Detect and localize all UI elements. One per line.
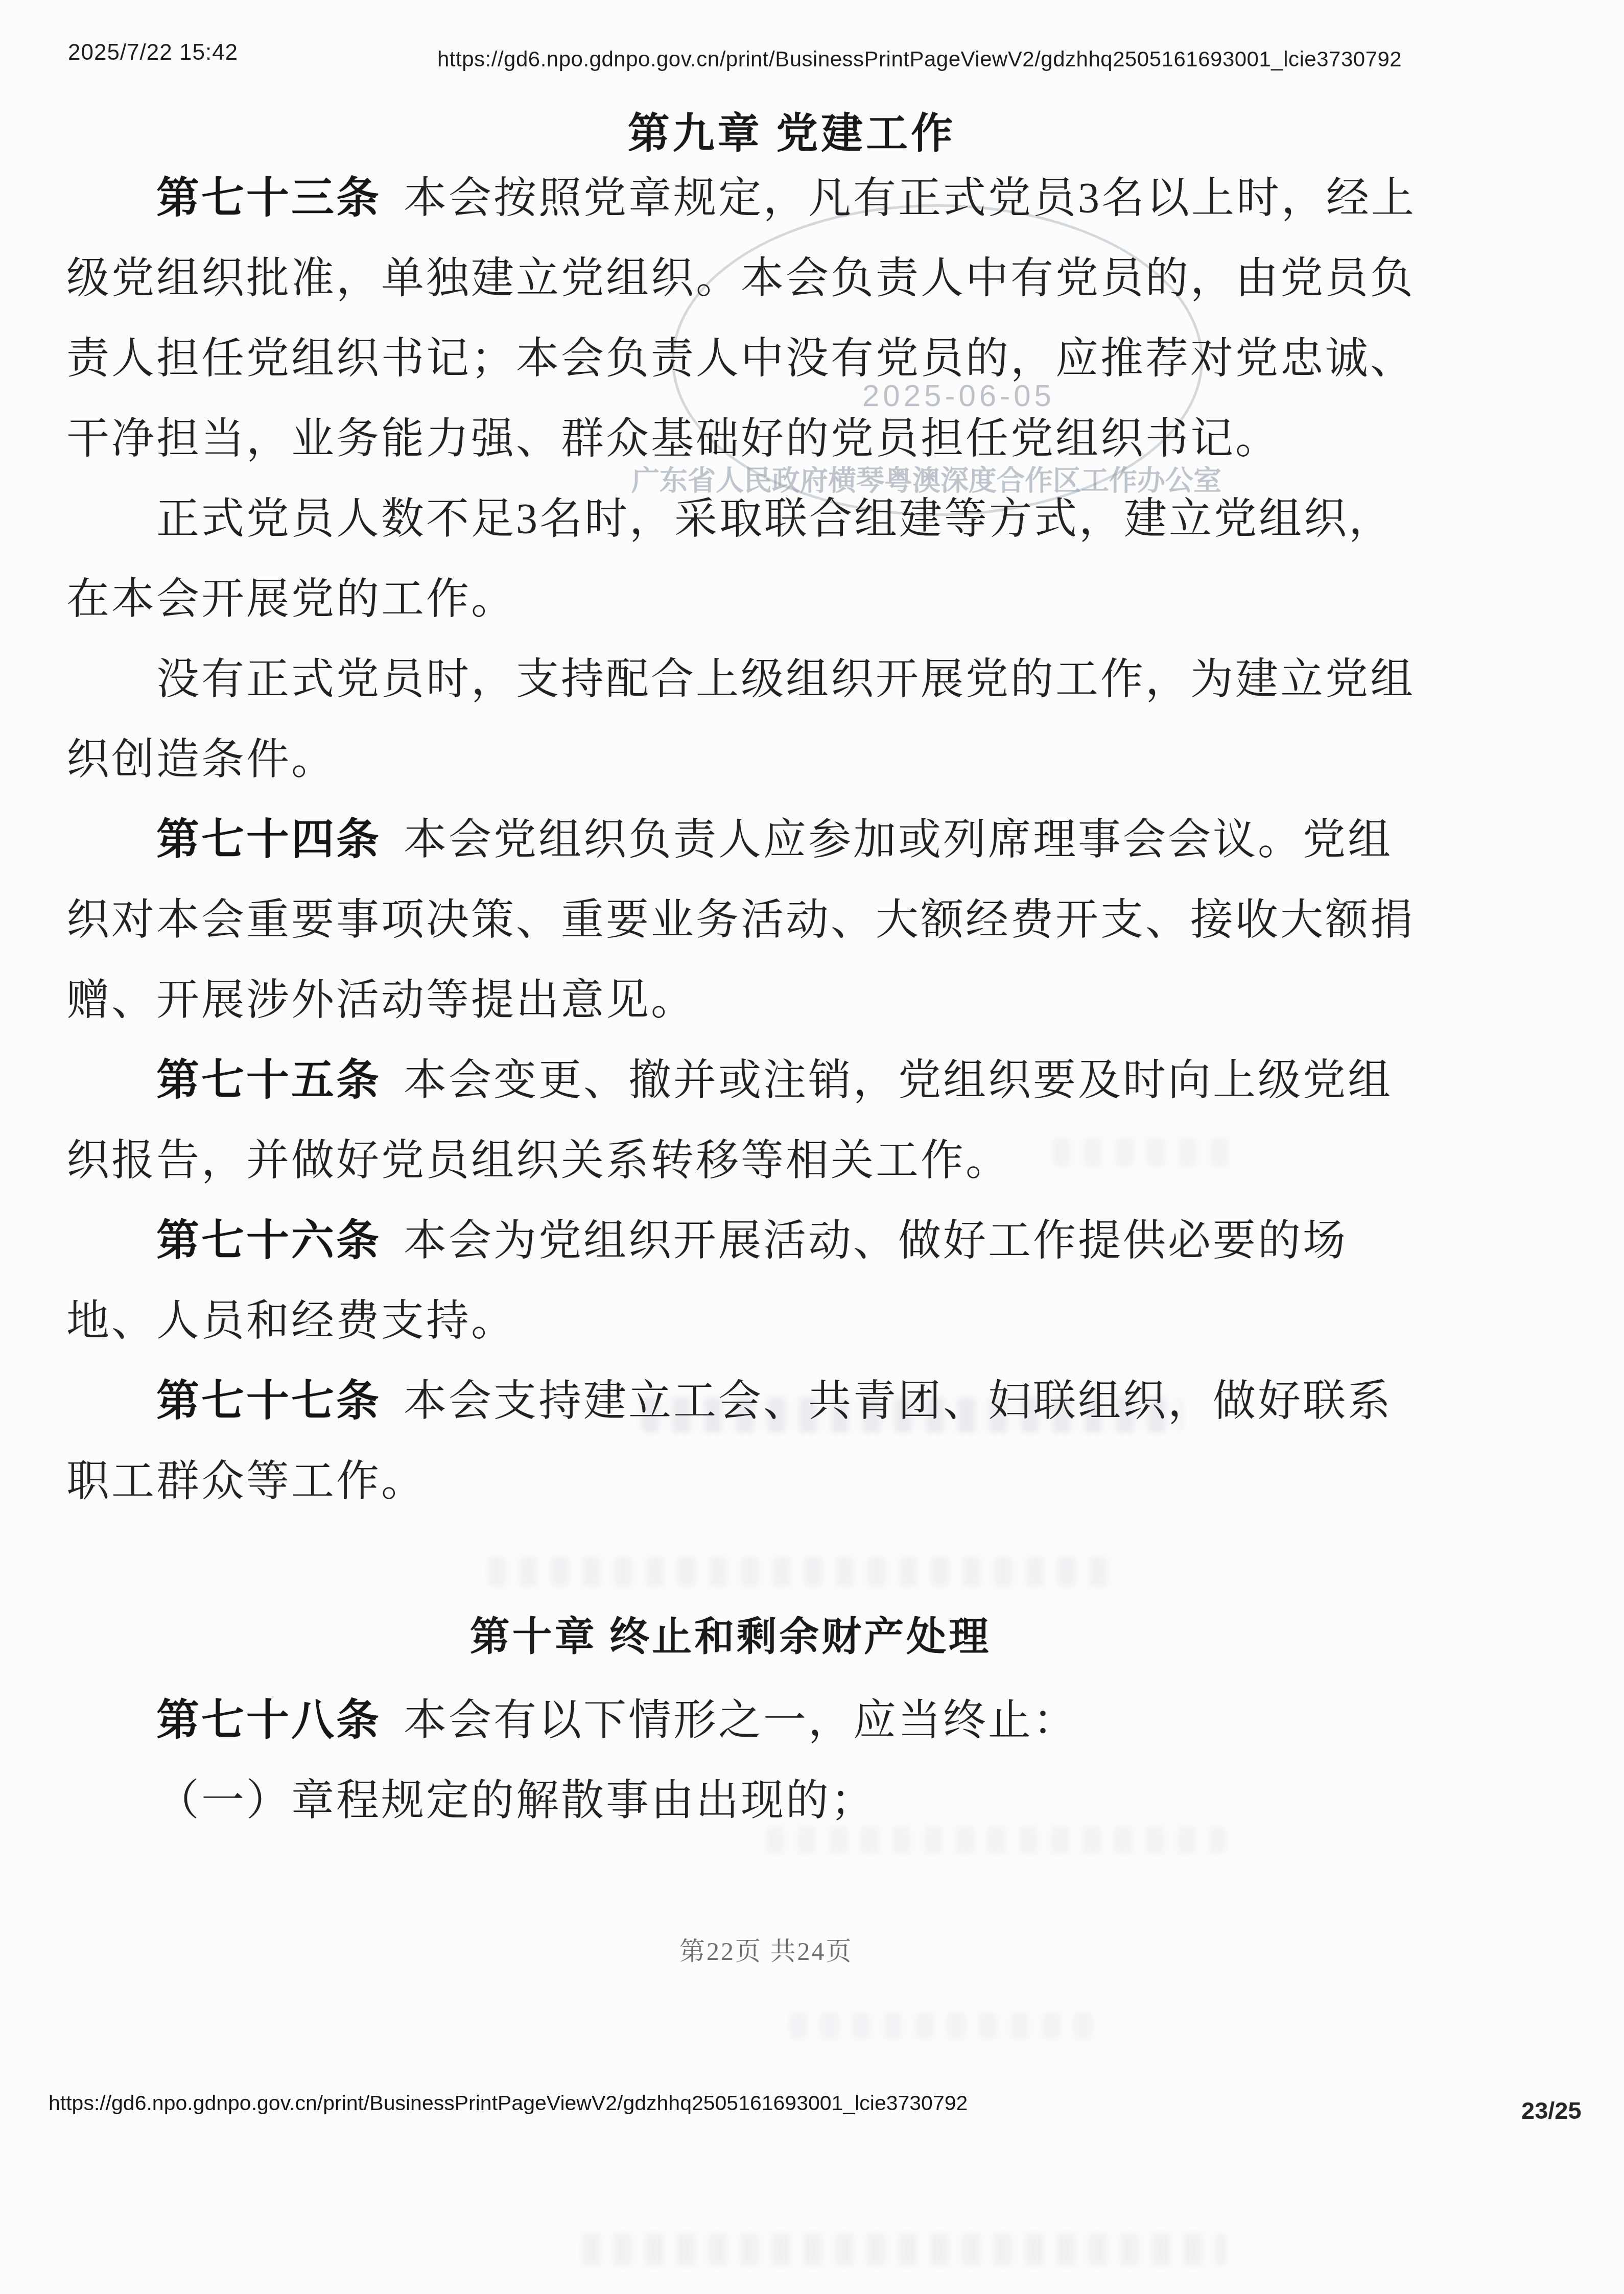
- doc-line: 没有正式党员时，支持配合上级组织开展党的工作，为建立党组: [66, 640, 1538, 720]
- chapter-10-body: 第七十八条本会有以下情形之一，应当终止： （一）章程规定的解散事由出现的；: [66, 1681, 1538, 1841]
- doc-line: 织对本会重要事项决策、重要业务活动、大额经费开支、接收大额捐: [66, 880, 1538, 960]
- doc-line-text: 责人担任党组织书记；本会负责人中没有党员的，应推荐对党忠诚、: [66, 335, 1415, 383]
- doc-line-text: 正式党员人数不足3名时，采取联合组建等方式，建立党组织，: [156, 495, 1394, 543]
- bleedthrough-smudge: [789, 2013, 1106, 2039]
- doc-line: 级党组织批准，单独建立党组织。本会负责人中有党员的，由党员负: [66, 239, 1538, 319]
- doc-line: 织创造条件。: [66, 720, 1538, 800]
- doc-line-text: 本会有以下情形之一，应当终止：: [404, 1697, 1078, 1744]
- doc-line: 赠、开展涉外活动等提出意见。: [66, 960, 1538, 1040]
- article-number: 第七十五条: [156, 1057, 381, 1104]
- doc-line: （一）章程规定的解散事由出现的；: [66, 1761, 1538, 1841]
- doc-line-text: 本会支持建立工会、共青团、妇联组织，做好联系: [404, 1378, 1393, 1425]
- doc-line-text: 地、人员和经费支持。: [66, 1297, 516, 1345]
- doc-line-text: （一）章程规定的解散事由出现的；: [156, 1777, 876, 1825]
- print-header-url: https://gd6.npo.gdnpo.gov.cn/print/Busin…: [437, 47, 1402, 72]
- article-number: 第七十七条: [156, 1378, 381, 1425]
- doc-line: 在本会开展党的工作。: [66, 559, 1538, 640]
- doc-line: 第七十八条本会有以下情形之一，应当终止：: [66, 1681, 1538, 1761]
- doc-line: 第七十五条本会变更、撤并或注销，党组织要及时向上级党组: [66, 1040, 1538, 1121]
- doc-line-text: 级党组织批准，单独建立党组织。本会负责人中有党员的，由党员负: [66, 255, 1415, 302]
- chapter-9-title: 第九章 党建工作: [66, 100, 1517, 160]
- article-number: 第七十六条: [156, 1217, 381, 1265]
- scanned-print-page: 2025/7/22 15:42 https://gd6.npo.gdnpo.go…: [0, 0, 1624, 2294]
- doc-line: 地、人员和经费支持。: [66, 1281, 1538, 1361]
- chapter-10-title: 第十章 终止和剩余财产处理: [66, 1605, 1395, 1662]
- bleedthrough-smudge: [582, 2233, 1226, 2266]
- doc-line-text: 本会变更、撤并或注销，党组织要及时向上级党组: [404, 1057, 1393, 1104]
- article-number: 第七十四条: [156, 816, 381, 864]
- doc-line-text: 职工群众等工作。: [66, 1458, 426, 1505]
- doc-line: 干净担当，业务能力强、群众基础好的党员担任党组织书记。: [66, 399, 1538, 479]
- doc-line-text: 本会按照党章规定，凡有正式党员3名以上时，经上: [404, 175, 1416, 222]
- print-header-datetime: 2025/7/22 15:42: [68, 40, 238, 65]
- doc-line-text: 织创造条件。: [66, 736, 336, 784]
- doc-line-text: 本会为党组织开展活动、做好工作提供必要的场: [404, 1217, 1348, 1265]
- doc-line: 第七十三条本会按照党章规定，凡有正式党员3名以上时，经上: [66, 158, 1538, 239]
- article-number: 第七十八条: [156, 1697, 381, 1744]
- doc-line-text: 干净担当，业务能力强、群众基础好的党员担任党组织书记。: [66, 415, 1280, 463]
- doc-line: 第七十七条本会支持建立工会、共青团、妇联组织，做好联系: [66, 1361, 1538, 1441]
- doc-line: 第七十六条本会为党组织开展活动、做好工作提供必要的场: [66, 1201, 1538, 1281]
- doc-line-text: 在本会开展党的工作。: [66, 576, 516, 623]
- doc-line-text: 织对本会重要事项决策、重要业务活动、大额经费开支、接收大额捐: [66, 896, 1415, 944]
- page-number-label: 第22页 共24页: [679, 1931, 853, 1968]
- print-footer-page-fraction: 23/25: [1521, 2096, 1582, 2124]
- doc-line: 职工群众等工作。: [66, 1441, 1538, 1522]
- doc-line: 织报告，并做好党员组织关系转移等相关工作。: [66, 1121, 1538, 1201]
- doc-line-text: 本会党组织负责人应参加或列席理事会会议。党组: [404, 816, 1393, 864]
- doc-line-text: 赠、开展涉外活动等提出意见。: [66, 977, 696, 1024]
- chapter-9-body: 第七十三条本会按照党章规定，凡有正式党员3名以上时，经上 级党组织批准，单独建立…: [66, 158, 1538, 1522]
- doc-line: 正式党员人数不足3名时，采取联合组建等方式，建立党组织，: [66, 479, 1538, 559]
- article-number: 第七十三条: [156, 175, 381, 222]
- doc-line: 第七十四条本会党组织负责人应参加或列席理事会会议。党组: [66, 800, 1538, 880]
- bleedthrough-smudge: [488, 1557, 1121, 1587]
- doc-line-text: 没有正式党员时，支持配合上级组织开展党的工作，为建立党组: [156, 656, 1415, 703]
- doc-line-text: 织报告，并做好党员组织关系转移等相关工作。: [66, 1137, 1010, 1185]
- doc-line: 责人担任党组织书记；本会负责人中没有党员的，应推荐对党忠诚、: [66, 319, 1538, 399]
- print-footer-url: https://gd6.npo.gdnpo.gov.cn/print/Busin…: [49, 2091, 968, 2115]
